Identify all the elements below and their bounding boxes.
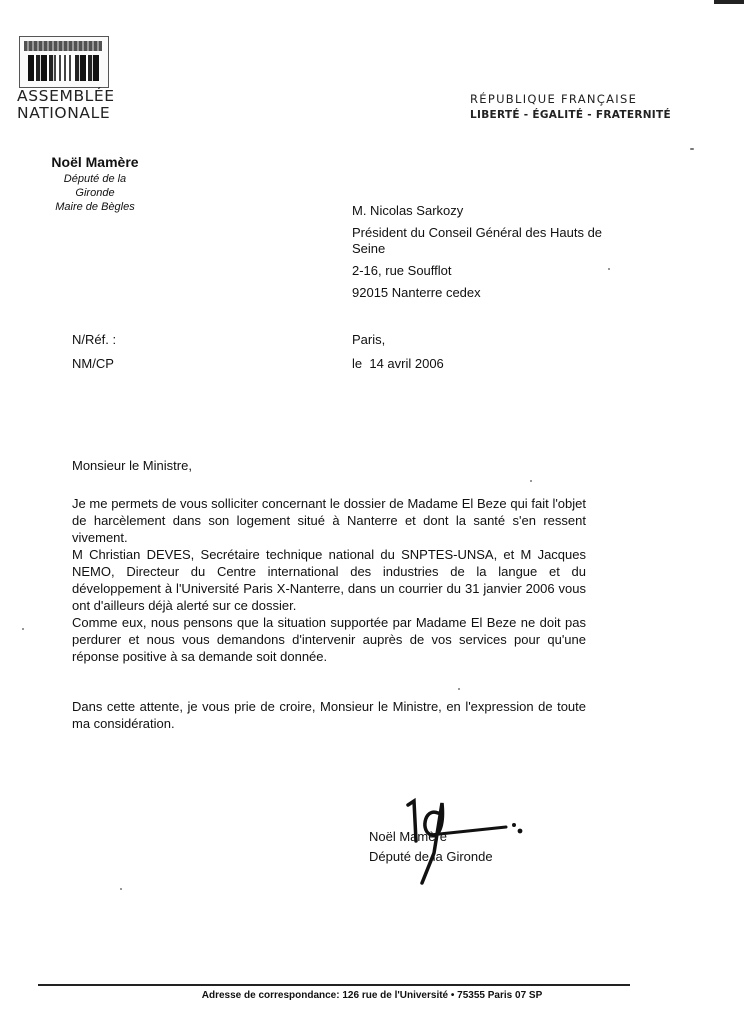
- sender-title-line: Maire de Bègles: [40, 200, 150, 214]
- dateline-place: Paris,: [352, 328, 444, 352]
- sender-title-line: Député de la: [40, 172, 150, 186]
- footer-label: Adresse de correspondance:: [202, 990, 340, 1001]
- republic-header: RÉPUBLIQUE FRANÇAISE LIBERTÉ - ÉGALITÉ -…: [470, 91, 671, 123]
- letter-body: Monsieur le Ministre, Je me permets de v…: [72, 457, 586, 732]
- sender-name: Noël Mamère: [40, 153, 150, 171]
- republic-motto: LIBERTÉ - ÉGALITÉ - FRATERNITÉ: [470, 107, 671, 123]
- assemblee-nationale-logo-icon: [19, 36, 109, 88]
- republic-name: RÉPUBLIQUE FRANÇAISE: [470, 91, 671, 107]
- body-paragraph: Je me permets de vous solliciter concern…: [72, 495, 586, 546]
- footer-divider: [38, 984, 630, 986]
- body-paragraph: M Christian DEVES, Secrétaire technique …: [72, 546, 586, 614]
- sender-title-line: Gironde: [40, 186, 150, 200]
- closing-formula: Dans cette attente, je vous prie de croi…: [72, 698, 586, 732]
- institution-name: ASSEMBLÉE NATIONALE: [17, 88, 115, 122]
- body-paragraph: Comme eux, nous pensons que la situation…: [72, 614, 586, 665]
- salutation: Monsieur le Ministre,: [72, 457, 586, 474]
- handwritten-signature-icon: [394, 783, 534, 893]
- recipient-block: M. Nicolas Sarkozy Président du Conseil …: [352, 203, 602, 301]
- reference-value: NM/CP: [72, 352, 116, 376]
- sender-block: Noël Mamère Député de la Gironde Maire d…: [40, 153, 150, 214]
- reference-block: N/Réf. : NM/CP: [72, 328, 116, 376]
- recipient-name: M. Nicolas Sarkozy: [352, 203, 602, 219]
- recipient-title-cont: Seine: [352, 241, 602, 257]
- dateline-date: le 14 avril 2006: [352, 352, 444, 376]
- scan-corner-mark: [714, 0, 744, 4]
- footer: Adresse de correspondance: 126 rue de l'…: [0, 990, 744, 1001]
- reference-label: N/Réf. :: [72, 328, 116, 352]
- recipient-city: 92015 Nanterre cedex: [352, 285, 602, 301]
- dateline: Paris, le 14 avril 2006: [352, 328, 444, 376]
- footer-address: 126 rue de l'Université • 75355 Paris 07…: [340, 990, 543, 1001]
- institution-line-1: ASSEMBLÉE: [17, 88, 115, 105]
- recipient-street: 2-16, rue Soufflot: [352, 263, 602, 279]
- institution-line-2: NATIONALE: [17, 105, 115, 122]
- recipient-title: Président du Conseil Général des Hauts d…: [352, 225, 602, 241]
